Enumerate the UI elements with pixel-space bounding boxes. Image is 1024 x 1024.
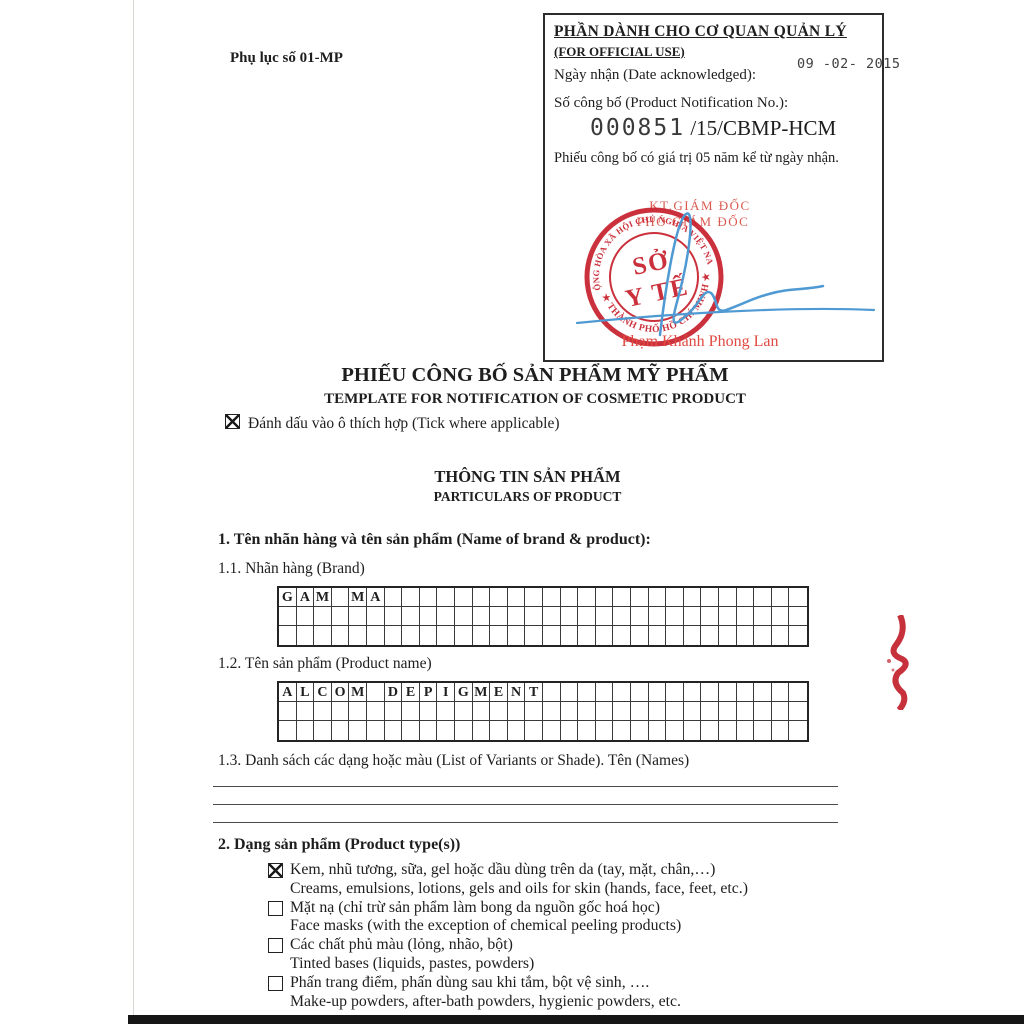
grid-cell[interactable]: E xyxy=(490,683,508,702)
grid-cell[interactable] xyxy=(719,721,737,740)
option-label-vi: Kem, nhũ tương, sữa, gel hoặc dầu dùng t… xyxy=(290,861,813,880)
grid-cell[interactable] xyxy=(631,683,649,702)
grid-cell[interactable] xyxy=(613,702,631,721)
grid-cell[interactable] xyxy=(754,683,772,702)
grid-cell[interactable]: T xyxy=(525,683,543,702)
grid-cell[interactable] xyxy=(349,702,367,721)
product-type-checklist: Kem, nhũ tương, sữa, gel hoặc dầu dùng t… xyxy=(268,861,813,1011)
grid-cell[interactable] xyxy=(596,626,614,645)
option-label-en: Make-up powders, after-bath powders, hyg… xyxy=(290,993,813,1012)
brand-letter-grid: GAMMA xyxy=(277,586,809,647)
grid-cell[interactable] xyxy=(701,702,719,721)
grid-cell[interactable] xyxy=(754,588,772,607)
grid-cell[interactable] xyxy=(508,607,526,626)
grid-cell[interactable] xyxy=(578,702,596,721)
grid-cell[interactable] xyxy=(437,626,455,645)
grid-cell[interactable] xyxy=(719,683,737,702)
grid-cell[interactable] xyxy=(367,721,385,740)
grid-cell[interactable] xyxy=(543,721,561,740)
grid-cell[interactable] xyxy=(473,721,491,740)
grid-cell[interactable] xyxy=(314,702,332,721)
grid-cell[interactable]: G xyxy=(279,588,297,607)
grid-cell[interactable] xyxy=(772,721,790,740)
grid-cell[interactable] xyxy=(332,607,350,626)
q12-product-name-label: 1.2. Tên sản phẩm (Product name) xyxy=(218,655,432,673)
official-box-title-en: (FOR OFFICIAL USE) xyxy=(554,44,685,60)
grid-cell[interactable] xyxy=(314,607,332,626)
form-title-en: TEMPLATE FOR NOTIFICATION OF COSMETIC PR… xyxy=(110,391,960,408)
grid-cell[interactable] xyxy=(578,626,596,645)
grid-cell[interactable] xyxy=(561,702,579,721)
grid-cell[interactable] xyxy=(737,702,755,721)
grid-cell[interactable] xyxy=(543,588,561,607)
grid-cell[interactable] xyxy=(402,721,420,740)
grid-cell[interactable] xyxy=(561,607,579,626)
grid-cell[interactable] xyxy=(737,607,755,626)
option-label-en: Face masks (with the exception of chemic… xyxy=(290,917,813,936)
grid-cell[interactable] xyxy=(490,721,508,740)
grid-cell[interactable] xyxy=(684,702,702,721)
grid-cell[interactable] xyxy=(578,721,596,740)
grid-cell[interactable] xyxy=(525,626,543,645)
grid-cell[interactable] xyxy=(420,607,438,626)
grid-cell[interactable] xyxy=(666,721,684,740)
grid-cell[interactable] xyxy=(596,607,614,626)
grid-cell[interactable] xyxy=(666,683,684,702)
grid-cell[interactable] xyxy=(297,721,315,740)
grid-cell[interactable]: M xyxy=(349,683,367,702)
grid-cell[interactable] xyxy=(385,721,403,740)
option-label-en: Creams, emulsions, lotions, gels and oil… xyxy=(290,880,813,899)
grid-cell[interactable] xyxy=(772,683,790,702)
grid-cell[interactable] xyxy=(314,721,332,740)
grid-cell[interactable] xyxy=(543,626,561,645)
grid-cell[interactable]: E xyxy=(402,683,420,702)
grid-cell[interactable]: D xyxy=(385,683,403,702)
section-product-info-vi: THÔNG TIN SẢN PHẨM xyxy=(110,467,945,487)
grid-cell[interactable] xyxy=(561,626,579,645)
grid-cell[interactable] xyxy=(490,702,508,721)
date-received-stamp: 09 -02- 2015 xyxy=(797,56,901,72)
variants-write-line[interactable] xyxy=(213,822,838,823)
grid-cell[interactable] xyxy=(455,721,473,740)
grid-cell[interactable] xyxy=(772,588,790,607)
grid-cell[interactable] xyxy=(473,626,491,645)
grid-cell[interactable] xyxy=(684,588,702,607)
grid-cell[interactable] xyxy=(525,721,543,740)
grid-cell[interactable] xyxy=(719,702,737,721)
grid-cell[interactable]: C xyxy=(314,683,332,702)
grid-cell[interactable] xyxy=(789,683,807,702)
grid-cell[interactable] xyxy=(719,607,737,626)
section-product-info-en: PARTICULARS OF PRODUCT xyxy=(110,489,945,505)
option-label-vi: Các chất phủ màu (lỏng, nhão, bột) xyxy=(290,936,813,955)
grid-cell[interactable] xyxy=(525,702,543,721)
product-type-option-tinted-bases: Các chất phủ màu (lỏng, nhão, bột) Tinte… xyxy=(268,936,813,974)
grid-cell[interactable] xyxy=(437,588,455,607)
grid-cell[interactable] xyxy=(666,588,684,607)
q11-brand-label: 1.1. Nhãn hàng (Brand) xyxy=(218,560,365,578)
grid-cell[interactable] xyxy=(297,626,315,645)
grid-cell[interactable] xyxy=(525,607,543,626)
grid-cell[interactable] xyxy=(385,588,403,607)
grid-cell[interactable] xyxy=(473,588,491,607)
grid-cell[interactable] xyxy=(631,607,649,626)
official-use-box: PHẦN DÀNH CHO CƠ QUAN QUẢN LÝ (FOR OFFIC… xyxy=(543,13,884,362)
product-name-letter-grid: ALCOMDEPIGMENT xyxy=(277,681,809,742)
q2-heading: 2. Dạng sản phẩm (Product type(s)) xyxy=(218,836,460,854)
product-type-option-makeup-powders: Phấn trang điểm, phấn dùng sau khi tắm, … xyxy=(268,974,813,1012)
grid-cell[interactable] xyxy=(402,588,420,607)
grid-cell[interactable] xyxy=(789,588,807,607)
grid-cell[interactable] xyxy=(314,626,332,645)
grid-cell[interactable] xyxy=(402,626,420,645)
grid-cell[interactable] xyxy=(437,607,455,626)
grid-cell[interactable] xyxy=(525,588,543,607)
grid-cell[interactable] xyxy=(754,721,772,740)
grid-cell[interactable] xyxy=(737,721,755,740)
grid-cell[interactable]: M xyxy=(314,588,332,607)
grid-cell[interactable] xyxy=(385,607,403,626)
q13-variants-label: 1.3. Danh sách các dạng hoặc màu (List o… xyxy=(218,752,689,770)
grid-cell[interactable] xyxy=(666,626,684,645)
grid-cell[interactable]: A xyxy=(297,588,315,607)
grid-cell[interactable] xyxy=(455,607,473,626)
grid-cell[interactable] xyxy=(631,702,649,721)
grid-cell[interactable] xyxy=(420,588,438,607)
grid-cell[interactable] xyxy=(490,588,508,607)
grid-cell[interactable] xyxy=(701,626,719,645)
grid-cell[interactable] xyxy=(684,607,702,626)
checkbox-tinted-bases[interactable] xyxy=(268,938,283,953)
official-box-title-vi: PHẦN DÀNH CHO CƠ QUAN QUẢN LÝ xyxy=(554,23,847,41)
grid-cell[interactable] xyxy=(561,721,579,740)
variants-write-line[interactable] xyxy=(213,786,838,787)
grid-cell[interactable] xyxy=(754,626,772,645)
date-received-label: Ngày nhận (Date acknowledged): xyxy=(554,67,756,84)
grid-cell[interactable] xyxy=(367,683,385,702)
grid-cell[interactable]: G xyxy=(455,683,473,702)
grid-cell[interactable] xyxy=(402,702,420,721)
grid-cell[interactable] xyxy=(631,626,649,645)
grid-cell[interactable] xyxy=(490,607,508,626)
form-title-vi: PHIẾU CÔNG BỐ SẢN PHẨM MỸ PHẨM xyxy=(110,364,960,387)
grid-cell[interactable] xyxy=(508,588,526,607)
grid-cell[interactable] xyxy=(279,721,297,740)
grid-cell[interactable] xyxy=(543,683,561,702)
grid-cell[interactable]: M xyxy=(473,683,491,702)
red-ink-edge-mark xyxy=(880,615,920,710)
grid-cell[interactable] xyxy=(772,607,790,626)
grid-cell[interactable] xyxy=(719,588,737,607)
grid-cell[interactable] xyxy=(649,683,667,702)
grid-cell[interactable] xyxy=(613,607,631,626)
grid-cell[interactable] xyxy=(385,702,403,721)
grid-cell[interactable] xyxy=(613,683,631,702)
grid-cell[interactable] xyxy=(649,626,667,645)
grid-cell[interactable] xyxy=(279,702,297,721)
checkbox-creams[interactable] xyxy=(268,863,283,878)
grid-cell[interactable] xyxy=(455,588,473,607)
signer-name: Phạm Khánh Phong Lan xyxy=(600,333,800,351)
grid-cell[interactable] xyxy=(367,626,385,645)
grid-cell[interactable] xyxy=(437,721,455,740)
grid-cell[interactable] xyxy=(649,702,667,721)
notification-number-suffix: /15/CBMP-HCM xyxy=(685,116,836,140)
grid-cell[interactable] xyxy=(367,702,385,721)
grid-cell[interactable] xyxy=(367,607,385,626)
grid-cell[interactable] xyxy=(701,607,719,626)
grid-cell[interactable] xyxy=(455,626,473,645)
grid-cell[interactable] xyxy=(754,702,772,721)
grid-cell[interactable] xyxy=(596,702,614,721)
grid-cell[interactable] xyxy=(332,702,350,721)
grid-cell[interactable] xyxy=(402,607,420,626)
scan-page-edge xyxy=(133,0,134,1016)
grid-cell[interactable] xyxy=(561,588,579,607)
grid-cell[interactable] xyxy=(349,626,367,645)
notification-number-label: Số công bố (Product Notification No.): xyxy=(554,95,788,112)
grid-cell[interactable] xyxy=(420,721,438,740)
grid-cell[interactable] xyxy=(543,702,561,721)
grid-cell[interactable] xyxy=(631,721,649,740)
grid-cell[interactable] xyxy=(508,702,526,721)
grid-cell[interactable] xyxy=(297,702,315,721)
grid-cell[interactable] xyxy=(737,683,755,702)
grid-cell[interactable] xyxy=(437,702,455,721)
notification-number-stamp: 000851 xyxy=(590,115,685,141)
tick-note-text: Đánh dấu vào ô thích hợp (Tick where app… xyxy=(248,415,560,432)
grid-cell[interactable] xyxy=(772,702,790,721)
grid-cell[interactable] xyxy=(596,721,614,740)
grid-cell[interactable] xyxy=(701,588,719,607)
grid-cell[interactable] xyxy=(332,588,350,607)
q1-heading: 1. Tên nhãn hàng và tên sản phẩm (Name o… xyxy=(218,531,651,549)
grid-cell[interactable] xyxy=(349,721,367,740)
product-type-option-face-masks: Mặt nạ (chỉ trừ sản phẩm làm bong da ngu… xyxy=(268,899,813,937)
checkbox-face-masks[interactable] xyxy=(268,901,283,916)
grid-cell[interactable] xyxy=(508,721,526,740)
grid-cell[interactable]: A xyxy=(367,588,385,607)
grid-cell[interactable] xyxy=(754,607,772,626)
grid-cell[interactable]: N xyxy=(508,683,526,702)
scan-bottom-bar xyxy=(128,1015,1024,1024)
grid-cell[interactable] xyxy=(490,626,508,645)
grid-cell[interactable] xyxy=(473,607,491,626)
grid-cell[interactable] xyxy=(789,607,807,626)
grid-cell[interactable] xyxy=(508,626,526,645)
grid-cell[interactable] xyxy=(279,607,297,626)
grid-cell[interactable] xyxy=(666,607,684,626)
grid-cell[interactable] xyxy=(455,702,473,721)
grid-cell[interactable] xyxy=(473,702,491,721)
grid-cell[interactable] xyxy=(578,683,596,702)
grid-cell[interactable] xyxy=(332,721,350,740)
grid-cell[interactable] xyxy=(737,626,755,645)
checkbox-makeup-powders[interactable] xyxy=(268,976,283,991)
grid-cell[interactable] xyxy=(684,683,702,702)
grid-cell[interactable] xyxy=(737,588,755,607)
grid-cell[interactable] xyxy=(649,721,667,740)
grid-cell[interactable] xyxy=(613,588,631,607)
grid-cell[interactable] xyxy=(649,588,667,607)
grid-cell[interactable] xyxy=(631,588,649,607)
grid-cell[interactable] xyxy=(578,588,596,607)
grid-cell[interactable] xyxy=(666,702,684,721)
validity-note: Phiếu công bố có giá trị 05 năm kể từ ng… xyxy=(554,150,839,167)
grid-cell[interactable]: I xyxy=(437,683,455,702)
grid-cell[interactable] xyxy=(420,626,438,645)
grid-cell[interactable] xyxy=(789,702,807,721)
grid-cell[interactable]: A xyxy=(279,683,297,702)
grid-cell[interactable] xyxy=(385,626,403,645)
grid-cell[interactable] xyxy=(719,626,737,645)
grid-cell[interactable] xyxy=(420,702,438,721)
grid-cell[interactable] xyxy=(561,683,579,702)
grid-cell[interactable] xyxy=(596,588,614,607)
grid-cell[interactable] xyxy=(279,626,297,645)
notification-number-row: 000851 /15/CBMP-HCM xyxy=(590,115,836,141)
option-label-en: Tinted bases (liquids, pastes, powders) xyxy=(290,955,813,974)
option-label-vi: Mặt nạ (chỉ trừ sản phẩm làm bong da ngu… xyxy=(290,899,813,918)
grid-cell[interactable] xyxy=(613,721,631,740)
variants-write-line[interactable] xyxy=(213,804,838,805)
grid-cell[interactable]: O xyxy=(332,683,350,702)
option-label-vi: Phấn trang điểm, phấn dùng sau khi tắm, … xyxy=(290,974,813,993)
grid-cell[interactable] xyxy=(297,607,315,626)
grid-cell[interactable] xyxy=(613,626,631,645)
grid-cell[interactable] xyxy=(349,607,367,626)
grid-cell[interactable] xyxy=(543,607,561,626)
grid-cell[interactable] xyxy=(772,626,790,645)
grid-cell[interactable]: P xyxy=(420,683,438,702)
appendix-label: Phụ lục số 01-MP xyxy=(230,50,343,67)
grid-cell[interactable] xyxy=(649,607,667,626)
grid-cell[interactable] xyxy=(578,607,596,626)
tick-note-row: Đánh dấu vào ô thích hợp (Tick where app… xyxy=(225,414,560,433)
grid-cell[interactable] xyxy=(332,626,350,645)
grid-cell[interactable] xyxy=(701,721,719,740)
grid-cell[interactable] xyxy=(789,721,807,740)
grid-cell[interactable]: M xyxy=(349,588,367,607)
grid-cell[interactable] xyxy=(684,721,702,740)
tick-note-checkbox[interactable] xyxy=(225,414,240,429)
product-type-option-creams: Kem, nhũ tương, sữa, gel hoặc dầu dùng t… xyxy=(268,861,813,899)
grid-cell[interactable] xyxy=(789,626,807,645)
grid-cell[interactable] xyxy=(701,683,719,702)
grid-cell[interactable] xyxy=(596,683,614,702)
grid-cell[interactable] xyxy=(684,626,702,645)
grid-cell[interactable]: L xyxy=(297,683,315,702)
